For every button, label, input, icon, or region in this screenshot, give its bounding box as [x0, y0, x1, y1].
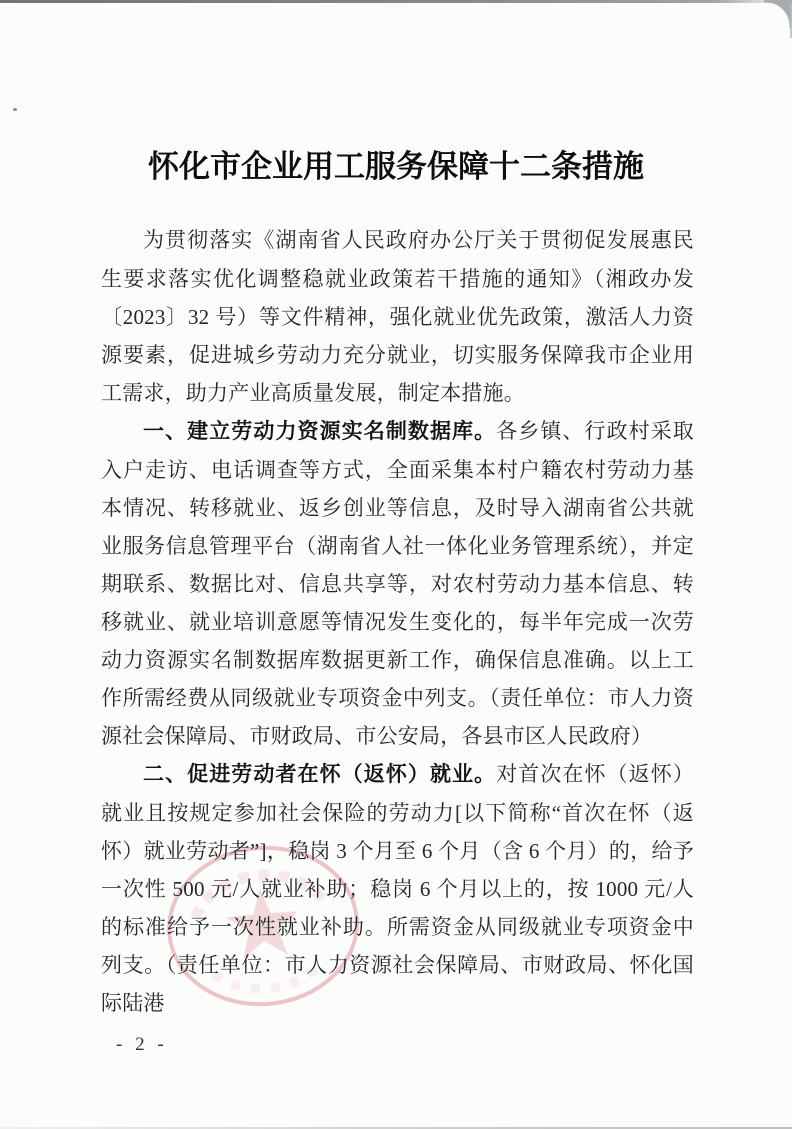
paragraph-measure-2-text: 对首次在怀（返怀）就业且按规定参加社会保险的劳动力[以下简称“首次在怀（返怀）就…	[101, 762, 694, 1015]
scan-corner-top-right	[764, 0, 792, 28]
paragraph-measure-2-lead: 二、促进劳动者在怀（返怀）就业。	[143, 763, 496, 786]
paragraph-measure-1-lead: 一、建立劳动力资源实名制数据库。	[143, 420, 496, 443]
paragraph-measure-1-text: 各乡镇、行政村采取入户走访、电话调查等方式，全面采集本村户籍农村劳动力基本情况、…	[101, 419, 694, 748]
page-number: - 2 -	[116, 1034, 168, 1056]
paragraph-intro: 为贯彻落实《湖南省人民政府办公厅关于贯彻促发展惠民生要求落实优化调整稳就业政策若…	[101, 221, 694, 412]
paragraph-measure-2: 二、促进劳动者在怀（返怀）就业。对首次在怀（返怀）就业且按规定参加社会保险的劳动…	[101, 755, 694, 1022]
paragraph-measure-1: 一、建立劳动力资源实名制数据库。各乡镇、行政村采取入户走访、电话调查等方式，全面…	[101, 412, 694, 755]
scan-edge-top	[0, 0, 792, 3]
document-title: 怀化市企业用工服务保障十二条措施	[0, 141, 792, 186]
scan-speck	[13, 108, 17, 111]
document-body: 为贯彻落实《湖南省人民政府办公厅关于贯彻促发展惠民生要求落实优化调整稳就业政策若…	[101, 221, 694, 1022]
document-page: 怀化市企业用工服务保障十二条措施 为贯彻落实《湖南省人民政府办公厅关于贯彻促发展…	[0, 0, 792, 1129]
paragraph-intro-text: 为贯彻落实《湖南省人民政府办公厅关于贯彻促发展惠民生要求落实优化调整稳就业政策若…	[101, 228, 694, 405]
